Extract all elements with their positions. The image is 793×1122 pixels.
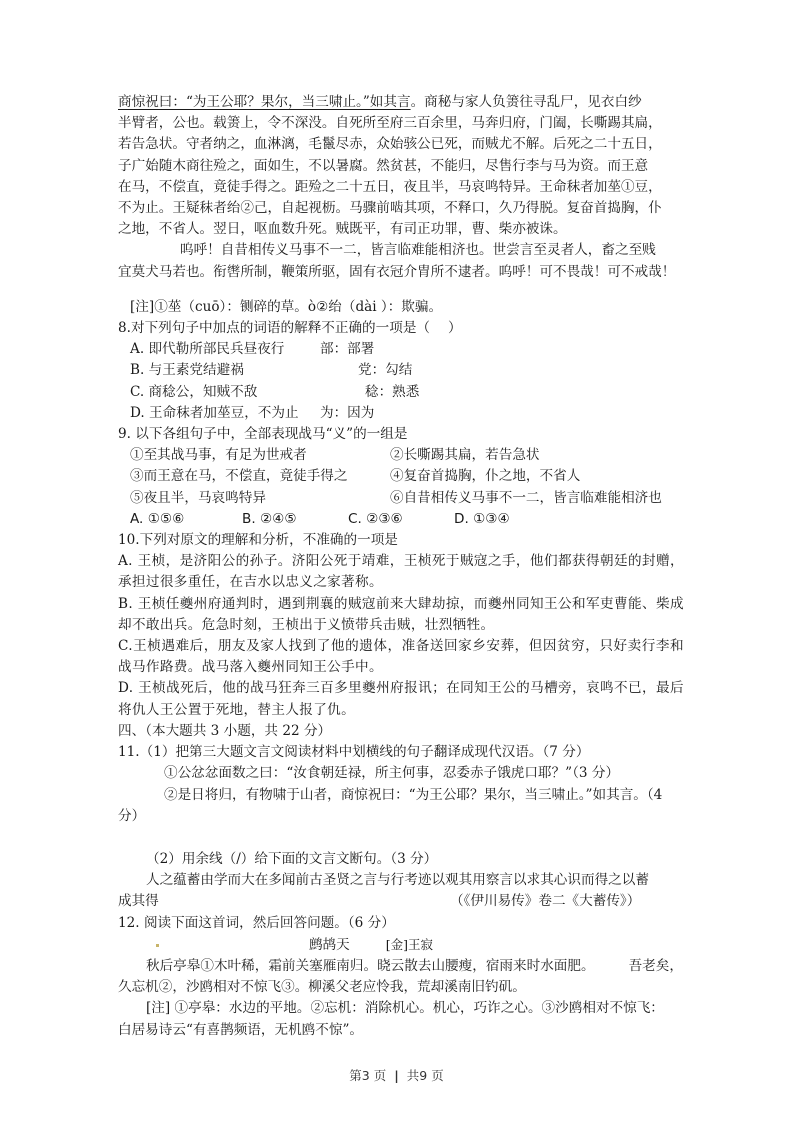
option-a: A. 王桢，是济阳公的孙子。济阳公死于靖难，王桢死于贼寇之手，他们都获得朝廷的封…: [118, 551, 684, 593]
separator: |: [394, 1068, 399, 1083]
passage-line: 子广始随木商往殓之，面如生，不以暑腐。然贫甚，不能归，尽售行李与马为资。而王意: [118, 156, 684, 177]
sentence-2-cont: 分）: [118, 806, 684, 827]
poem-line: 久忘机②，沙鸥相对不惊飞③。柳溪父老应怜我，荒却溪南旧钓矶。: [118, 977, 684, 998]
question-stem: 10.下列对原文的理解和分析，不准确的一项是: [118, 530, 684, 551]
underlined-sentence: 商惊祝曰：“为王公耶？果尔，当三啸止。”如其言: [118, 94, 411, 110]
choice-a: A. ①⑤⑥: [130, 509, 242, 530]
option-b: B. 王桢任夔州府通判时，遇到荆襄的贼寇前来大肆劫掠，而夔州同知王公和军吏曹能、…: [118, 594, 684, 636]
choice-row: A. ①⑤⑥ B. ②④⑤ C. ②③⑥ D. ①③④: [118, 509, 684, 530]
sentence-2: ②是日将归，有物啸于山者，商惊祝曰：“为王公耶？果尔，当三啸止。”如其言。（4: [118, 785, 684, 806]
passage-line: 商惊祝曰：“为王公耶？果尔，当三啸止。”如其言。商秘与家人负箦往寻乱尸，见衣白纱: [118, 92, 684, 113]
source-citation: （《伊川易传》卷二《大蓄传》）: [450, 893, 640, 909]
item-row: ①至其战马事，有足为世戒者②长嘶踢其扁，若告急状: [118, 445, 684, 466]
option-c: C. 商稔公，知贼不敌稔：熟悉: [118, 382, 684, 403]
poem-author: [金]王寂: [350, 937, 433, 952]
choice-b: B. ②④⑤: [242, 509, 348, 530]
section-heading: 四、（本大题共 3 小题，共 22 分）: [118, 721, 684, 742]
total-pages: 共9 页: [407, 1068, 444, 1083]
spacer: [118, 827, 684, 849]
passage-line: 若告急状。守者纳之，血淋漓，毛鬣尽赤，众始骇公已死，而贼尤不解。后死之二十五日，: [118, 134, 684, 155]
item-row: ⑤夜且半，马哀鸣特异⑥自昔相传义马事不一二，皆言临难能相济也: [118, 488, 684, 509]
option-c: C.王桢遇难后，朋友及家人找到了他的遗体，准备送回家乡安葬，但因贫穷，只好卖行李…: [118, 636, 684, 678]
poem-note: 白居易诗云“有喜鹊频语，无机鸥不惊”。: [118, 1020, 684, 1041]
choice-c: C. ②③⑥: [348, 509, 454, 530]
poem-heading: 鹧鸪天[金]王寂: [118, 934, 684, 956]
question-stem: 9. 以下各组句子中，全部表现战马“义”的一组是: [118, 424, 684, 445]
poem-title: 鹧鸪天: [159, 937, 350, 953]
passage-line: 在马，不偿直，竟徒手得之。距殓之二十五日，夜且半，马哀鸣特异。王命秣者加莝①豆，: [118, 177, 684, 198]
option-d: D. 王命秣者加莝豆，不为止为：因为: [118, 403, 684, 424]
option-d: D. 王桢战死后，他的战马狂奔三百多里夔州府报讯；在同知王公的马槽旁，哀鸣不已，…: [118, 678, 684, 720]
comment-line: 呜呼！自昔相传义马事不一二，皆言临难能相济也。世尝言至灵者人，畜之至贱: [118, 240, 684, 261]
question-stem: 11.（1）把第三大题文言文阅读材料中划横线的句子翻译成现代汉语。（7 分）: [118, 742, 684, 763]
question-12: 12. 阅读下面这首词，然后回答问题。（6 分） 鹧鸪天[金]王寂 秋后亭皋①木…: [118, 913, 684, 1041]
comment-line: 宜莫犬马若也。衔辔所制，鞭策所驱，固有衣冠介胄所不逮者。呜呼！可不畏哉！可不戒哉…: [118, 262, 684, 283]
question-stem: 8.对下列句子中加点的词语的解释不正确的一项是（ ）: [118, 318, 684, 339]
item-row: ③而王意在马，不偿直，竟徒手得之④复奋首捣胸，仆之地，不省人: [118, 466, 684, 487]
option-a: A. 即代勒所部民兵昼夜行部：部署: [118, 339, 684, 360]
punctuation-text-cont: 成其得（《伊川易传》卷二《大蓄传》）: [118, 891, 684, 912]
passage-line: 半臂者，公也。载箦上，令不深没。自死所至府三百余里，马奔归府，门阖，长嘶踢其扁，: [118, 113, 684, 134]
question-8: 8.对下列句子中加点的词语的解释不正确的一项是（ ） A. 即代勒所部民兵昼夜行…: [118, 318, 684, 424]
choice-d: D. ①③④: [454, 509, 510, 530]
passage-note: [注]①莝（cuō）：铡碎的草。ò②绐（dài ）：欺骗。: [118, 297, 684, 318]
exam-page: 商惊祝曰：“为王公耶？果尔，当三啸止。”如其言。商秘与家人负箦往寻乱尸，见衣白纱…: [118, 92, 684, 1041]
question-9: 9. 以下各组句子中，全部表现战马“义”的一组是 ①至其战马事，有足为世戒者②长…: [118, 424, 684, 530]
question-part-2: （2）用余线（/）给下面的文言文断句。（3 分）: [118, 849, 684, 870]
page-footer: 第3 页|共9 页: [0, 1066, 793, 1084]
punctuation-text: 人之蕴蓄由学而大在多闻前古圣贤之言与行考迹以观其用察言以求其心识而得之以蓄: [118, 870, 684, 891]
option-b: B. 与王素党结避祸党：勾结: [118, 360, 684, 381]
question-11: 11.（1）把第三大题文言文阅读材料中划横线的句子翻译成现代汉语。（7 分） ①…: [118, 742, 684, 912]
question-10: 10.下列对原文的理解和分析，不准确的一项是 A. 王桢，是济阳公的孙子。济阳公…: [118, 530, 684, 721]
spacer: [118, 283, 684, 297]
current-page: 第3 页: [349, 1068, 386, 1083]
passage-line: 之地，不省人。翌日，呕血数升死。贼既平，有司正功罪，曹、柴亦被诛。: [118, 219, 684, 240]
passage-line: 不为止。王疑秣者绐②己，自起视枥。马骤前啮其项，不释口，久乃得脱。复奋首捣胸，仆: [118, 198, 684, 219]
sentence-1: ①公忿忿面数之曰：“汝食朝廷禄，所主何事，忍委赤子饿虎口耶？”（3 分）: [118, 763, 684, 784]
poem-line: 秋后亭皋①木叶稀，霜前关塞雁南归。晓云散去山腰瘦，宿雨来时水面肥。 吾老矣，: [118, 956, 684, 977]
poem-note: [注] ①亭皋：水边的平地。②忘机：消除机心。机心，巧诈之心。③沙鸥相对不惊飞：: [118, 998, 684, 1019]
passage: 商惊祝曰：“为王公耶？果尔，当三啸止。”如其言。商秘与家人负箦往寻乱尸，见衣白纱…: [118, 92, 684, 283]
question-stem: 12. 阅读下面这首词，然后回答问题。（6 分）: [118, 913, 684, 934]
